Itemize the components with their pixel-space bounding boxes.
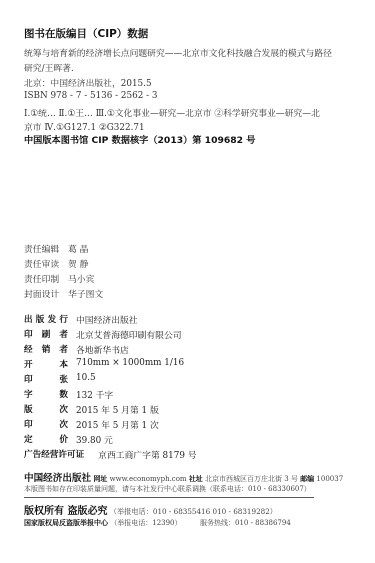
cip-title-line-2: 研究/王晖著.: [24, 61, 74, 74]
publisher-footer: 中国经济出版社 网址 www.economyph.com 社址 北京市西城区百万…: [24, 470, 343, 484]
spec-label: 经销者: [24, 343, 70, 356]
credit-label: 责任编辑: [24, 242, 68, 255]
spec-value: 710mm × 1000mm 1/16: [76, 358, 184, 370]
spec-label: 版次: [24, 403, 70, 416]
cip-isbn: ISBN 978 - 7 - 5136 - 2562 - 3: [24, 91, 157, 101]
spec-sheets: 印张 10.5: [24, 373, 96, 385]
anti-piracy-line: 国家版权局反盗版举报中心 （举报电话：12390） 服务热线：010 - 883…: [24, 518, 291, 528]
spec-ad-license: 广告经营许可证 京西工商广字第 8179 号: [24, 448, 197, 461]
cip-publication-line: 北京：中国经济出版社，2015.5: [24, 76, 152, 89]
cip-heading: 图书在版编目（CIP）数据: [24, 26, 148, 41]
spec-label: 印张: [24, 373, 70, 385]
spec-value: 中国经济出版社: [76, 313, 138, 326]
spec-label: 印刷者: [24, 328, 70, 341]
postcode-label: 邮编: [300, 475, 314, 483]
spec-label: 定价: [24, 433, 70, 446]
spec-price: 定价 39.80 元: [24, 433, 113, 446]
credit-editor: 责任编辑 葛 晶: [24, 242, 88, 255]
credit-label: 责任印制: [24, 272, 68, 285]
spec-label: 字数: [24, 388, 70, 401]
spec-printer: 印刷者 北京艾普海德印刷有限公司: [24, 328, 182, 341]
spec-label: 广告经营许可证: [24, 448, 92, 461]
spec-value: 2015 年 5 月第 1 次: [76, 418, 159, 431]
spec-label: 印次: [24, 418, 70, 431]
copyright-line: 版权所有 盗版必究 （举报电话：010 - 68355416 010 - 683…: [24, 502, 277, 517]
spec-value: 京西工商广字第 8179 号: [98, 448, 196, 461]
credit-value: 马小宾: [68, 272, 94, 285]
spec-label: 出版发行: [24, 313, 70, 326]
credit-proofreader: 责任审读 贺 静: [24, 257, 88, 270]
spec-value: 北京艾普海德印刷有限公司: [76, 328, 182, 341]
website: www.economyph.com: [110, 475, 187, 483]
address: 北京市西城区百万庄北街 3 号: [205, 475, 298, 483]
cip-subject-line-1: Ⅰ.①统… Ⅱ.①王… Ⅲ.①文化事业—研究—北京市 ②科学研究事业—研究—北: [24, 106, 320, 119]
divider: [24, 497, 314, 498]
spec-value: 各地新华书店: [76, 343, 129, 356]
credit-label: 责任审读: [24, 257, 68, 270]
quality-notice: 本版图书如存在印装质量问题，请与本社发行中心联系调换（联系电话：010 - 68…: [24, 484, 311, 494]
spec-distributor: 经销者 各地新华书店: [24, 343, 129, 356]
spec-word-count: 字数 132 千字: [24, 388, 113, 401]
website-label: 网址: [93, 475, 107, 483]
spec-printing: 印次 2015 年 5 月第 1 次: [24, 418, 159, 431]
spec-publisher: 出版发行 中国经济出版社: [24, 313, 138, 326]
cip-approval-number: 中国版本图书馆 CIP 数据核字（2013）第 109682 号: [24, 132, 255, 146]
credit-cover-design: 封面设计 华子图文: [24, 287, 103, 300]
publisher-name: 中国经济出版社: [24, 473, 91, 484]
credit-value: 贺 静: [68, 257, 88, 270]
copyright-notice: 版权所有 盗版必究: [24, 506, 107, 517]
credit-print-supervisor: 责任印制 马小宾: [24, 272, 94, 285]
spec-value: 39.80 元: [76, 433, 113, 446]
address-label: 社址: [189, 475, 203, 483]
spec-label: 开本: [24, 358, 70, 370]
credit-value: 葛 晶: [68, 242, 88, 255]
credit-label: 封面设计: [24, 287, 68, 300]
spec-format: 开本 710mm × 1000mm 1/16: [24, 358, 184, 370]
report-phones: （举报电话：010 - 68355416 010 - 68319282）: [110, 507, 277, 516]
anti-piracy-center: 国家版权局反盗版举报中心: [24, 519, 108, 527]
spec-value: 2015 年 5 月第 1 版: [76, 403, 159, 416]
cip-title-line-1: 统筹与培育新的经济增长点问题研究——北京市文化科技融合发展的模式与路径: [24, 46, 332, 59]
credit-value: 华子图文: [68, 287, 103, 300]
spec-value: 132 千字: [76, 388, 113, 401]
center-phone: （举报电话：12390）: [110, 519, 181, 527]
service-hotline: 服务热线：010 - 88386794: [200, 519, 291, 527]
spec-value: 10.5: [76, 373, 96, 385]
postcode: 100037: [316, 475, 343, 483]
spec-edition: 版次 2015 年 5 月第 1 版: [24, 403, 159, 416]
